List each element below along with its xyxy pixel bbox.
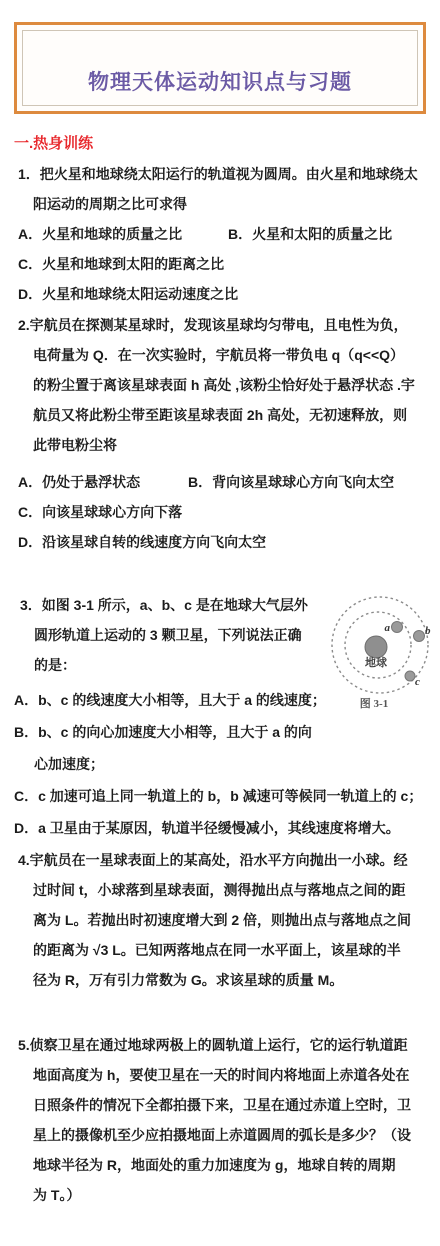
earth-label: 地球: [365, 655, 387, 669]
q2-statement-line-3: 的粉尘置于离该星球表面 h 高处 ,该粉尘恰好处于悬浮状态 .宇: [18, 370, 430, 400]
q2-options: A．仍处于悬浮状态 B．背向该星球球心方向飞向太空 C．向该星球球心方向下落 D…: [18, 467, 430, 557]
q1-statement-line-2: 阳运动的周期之比可求得: [18, 189, 430, 219]
figure-3-1: 地球 a b c 图 3-1: [326, 594, 438, 714]
question-2: 2.宇航员在探测某星球时，发现该星球均匀带电，且电性为负， 电荷量为 Q．在一次…: [18, 310, 430, 557]
q2-statement-line-4: 航员又将此粉尘带至距该星球表面 2h 高处，无初速释放，则: [18, 400, 430, 430]
q1-option-a: A．火星和地球的质量之比: [18, 219, 228, 249]
q2-statement-line-5: 此带电粉尘将: [18, 430, 430, 460]
worksheet-page: 物理天体运动知识点与习题 一.热身训练 1．把火星和地球绕太阳运行的轨道视为圆周…: [0, 0, 440, 1246]
q5-statement-line-3: 日照条件的情况下全都拍摄下来，卫星在通过赤道上空时，卫: [18, 1090, 430, 1120]
q4-statement-line-4: 的距离为 √3 L。已知两落地点在同一水平面上，该星球的半: [18, 935, 430, 965]
q4-statement-line-2: 过时间 t，小球落到星球表面，测得抛出点与落地点之间的距: [18, 875, 430, 905]
satellite-b-icon: [414, 631, 425, 642]
q2-options-ab: A．仍处于悬浮状态 B．背向该星球球心方向飞向太空: [18, 467, 430, 497]
q1-option-c: C．火星和地球到太阳的距离之比: [18, 249, 430, 279]
question-4: 4.宇航员在一星球表面上的某高处，沿水平方向抛出一小球。经 过时间 t，小球落到…: [18, 845, 430, 995]
satellite-c-label: c: [415, 676, 420, 688]
q4-statement-line-1: 4.宇航员在一星球表面上的某高处，沿水平方向抛出一小球。经: [18, 845, 430, 875]
figure-caption: 图 3-1: [360, 696, 388, 710]
q5-statement-line-1: 5.侦察卫星在通过地球两极上的圆轨道上运行，它的运行轨道距: [18, 1030, 430, 1060]
satellite-b-label: b: [425, 625, 431, 637]
q3-option-b-line-2: 心加速度；: [14, 748, 430, 780]
q2-statement-line-2: 电荷量为 Q．在一次实验时，宇航员将一带负电 q（q<<Q）: [18, 340, 430, 370]
q2-option-c: C．向该星球球心方向下落: [18, 497, 430, 527]
q1-option-b: B．火星和太阳的质量之比: [228, 219, 392, 249]
q3-option-d: D．a 卫星由于某原因，轨道半径缓慢减小，其线速度将增大。: [14, 812, 430, 844]
satellite-a-label: a: [385, 622, 391, 634]
orbit-diagram: 地球 a b c 图 3-1: [326, 594, 438, 714]
satellite-a-icon: [392, 622, 403, 633]
q3-option-c: C．c 加速可追上同一轨道上的 b，b 减速可等候同一轨道上的 c；: [14, 780, 430, 812]
q5-statement-line-5: 地球半径为 R，地面处的重力加速度为 g，地球自转的周期: [18, 1150, 430, 1180]
earth-icon: [365, 636, 387, 658]
page-title: 物理天体运动知识点与习题: [88, 66, 352, 96]
q2-option-b: B．背向该星球球心方向飞向太空: [188, 467, 394, 497]
q5-statement-line-4: 星上的摄像机至少应拍摄地面上赤道圆周的弧长是多少？（设: [18, 1120, 430, 1150]
title-box: 物理天体运动知识点与习题: [14, 22, 426, 114]
question-5: 5.侦察卫星在通过地球两极上的圆轨道上运行，它的运行轨道距 地面高度为 h，要使…: [18, 1030, 430, 1210]
q5-statement-line-2: 地面高度为 h，要使卫星在一天的时间内将地面上赤道各处在: [18, 1060, 430, 1090]
question-1: 1．把火星和地球绕太阳运行的轨道视为圆周。由火星和地球绕太 阳运动的周期之比可求…: [18, 159, 430, 309]
q1-options-ab: A．火星和地球的质量之比 B．火星和太阳的质量之比: [18, 219, 430, 249]
satellite-c-icon: [405, 671, 415, 681]
q3-option-b-line-1: B．b、c 的向心加速度大小相等，且大于 a 的向: [14, 716, 430, 748]
q4-statement-line-5: 径为 R，万有引力常数为 G。求该星球的质量 M。: [18, 965, 430, 995]
q5-statement-line-6: 为 T。）: [18, 1180, 430, 1210]
q2-option-a: A．仍处于悬浮状态: [18, 467, 188, 497]
section-header: 一.热身训练: [14, 132, 93, 153]
q4-statement-line-3: 离为 L。若抛出时初速度增大到 2 倍，则抛出点与落地点之间: [18, 905, 430, 935]
q2-option-d: D．沿该星球自转的线速度方向飞向太空: [18, 527, 430, 557]
q1-option-d: D．火星和地球绕太阳运动速度之比: [18, 279, 430, 309]
q2-statement-line-1: 2.宇航员在探测某星球时，发现该星球均匀带电，且电性为负，: [18, 310, 430, 340]
q1-statement-line-1: 1．把火星和地球绕太阳运行的轨道视为圆周。由火星和地球绕太: [18, 159, 430, 189]
title-inner-frame: 物理天体运动知识点与习题: [22, 30, 418, 106]
